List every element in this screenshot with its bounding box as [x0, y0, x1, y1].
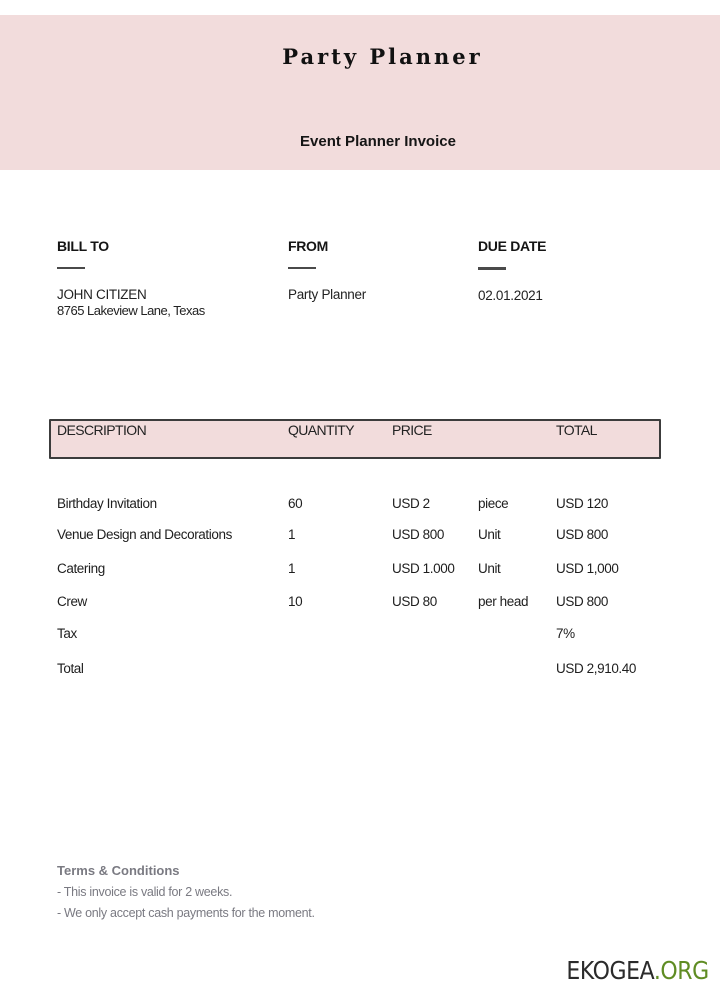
item-unit: Unit	[478, 527, 500, 542]
bill-to-name: JOHN CITIZEN	[57, 287, 205, 303]
divider	[478, 267, 506, 270]
item-description: Venue Design and Decorations	[57, 527, 232, 542]
column-header-quantity: QUANTITY	[288, 422, 354, 438]
from-name: Party Planner	[288, 287, 366, 303]
bill-to-section: BILL TO JOHN CITIZEN 8765 Lakeview Lane,…	[57, 238, 205, 318]
column-header-total: TOTAL	[556, 422, 597, 438]
item-unit: Unit	[478, 561, 500, 576]
column-header-price: PRICE	[392, 422, 432, 438]
item-price: USD 1.000	[392, 561, 454, 576]
document-title: Event Planner Invoice	[0, 133, 720, 150]
due-date-section: DUE DATE 02.01.2021	[478, 238, 546, 304]
from-label: FROM	[288, 238, 366, 254]
item-description: Crew	[57, 594, 87, 609]
item-total: USD 1,000	[556, 561, 618, 576]
bill-to-address: 8765 Lakeview Lane, Texas	[57, 303, 205, 318]
item-price: USD 2	[392, 496, 430, 511]
watermark-logo: EKOGEA.ORG	[567, 956, 709, 985]
column-header-description: DESCRIPTION	[57, 422, 146, 438]
brand-title: Party Planner	[0, 44, 720, 69]
item-quantity: 10	[288, 594, 302, 609]
due-date-label: DUE DATE	[478, 238, 546, 254]
item-quantity: 60	[288, 496, 302, 511]
grand-total-label: Total	[57, 661, 84, 676]
watermark-name: EKOGEA	[567, 956, 654, 985]
divider	[57, 267, 85, 269]
terms-title: Terms & Conditions	[57, 863, 315, 878]
grand-total-value: USD 2,910.40	[556, 661, 636, 676]
item-total: USD 120	[556, 496, 608, 511]
divider	[288, 267, 316, 269]
bill-to-label: BILL TO	[57, 238, 205, 254]
watermark-tld: .ORG	[654, 956, 709, 985]
item-unit: piece	[478, 496, 508, 511]
item-description: Birthday Invitation	[57, 496, 157, 511]
item-quantity: 1	[288, 561, 295, 576]
tax-value: 7%	[556, 626, 575, 641]
item-price: USD 800	[392, 527, 444, 542]
terms-section: Terms & Conditions - This invoice is val…	[57, 863, 315, 920]
item-unit: per head	[478, 594, 528, 609]
item-total: USD 800	[556, 594, 608, 609]
item-description: Catering	[57, 561, 105, 576]
from-section: FROM Party Planner	[288, 238, 366, 303]
item-quantity: 1	[288, 527, 295, 542]
terms-line: - We only accept cash payments for the m…	[57, 906, 315, 920]
item-total: USD 800	[556, 527, 608, 542]
terms-line: - This invoice is valid for 2 weeks.	[57, 885, 315, 899]
due-date-value: 02.01.2021	[478, 288, 546, 304]
item-price: USD 80	[392, 594, 437, 609]
tax-label: Tax	[57, 626, 77, 641]
table-header: DESCRIPTION QUANTITY PRICE TOTAL	[49, 419, 661, 459]
